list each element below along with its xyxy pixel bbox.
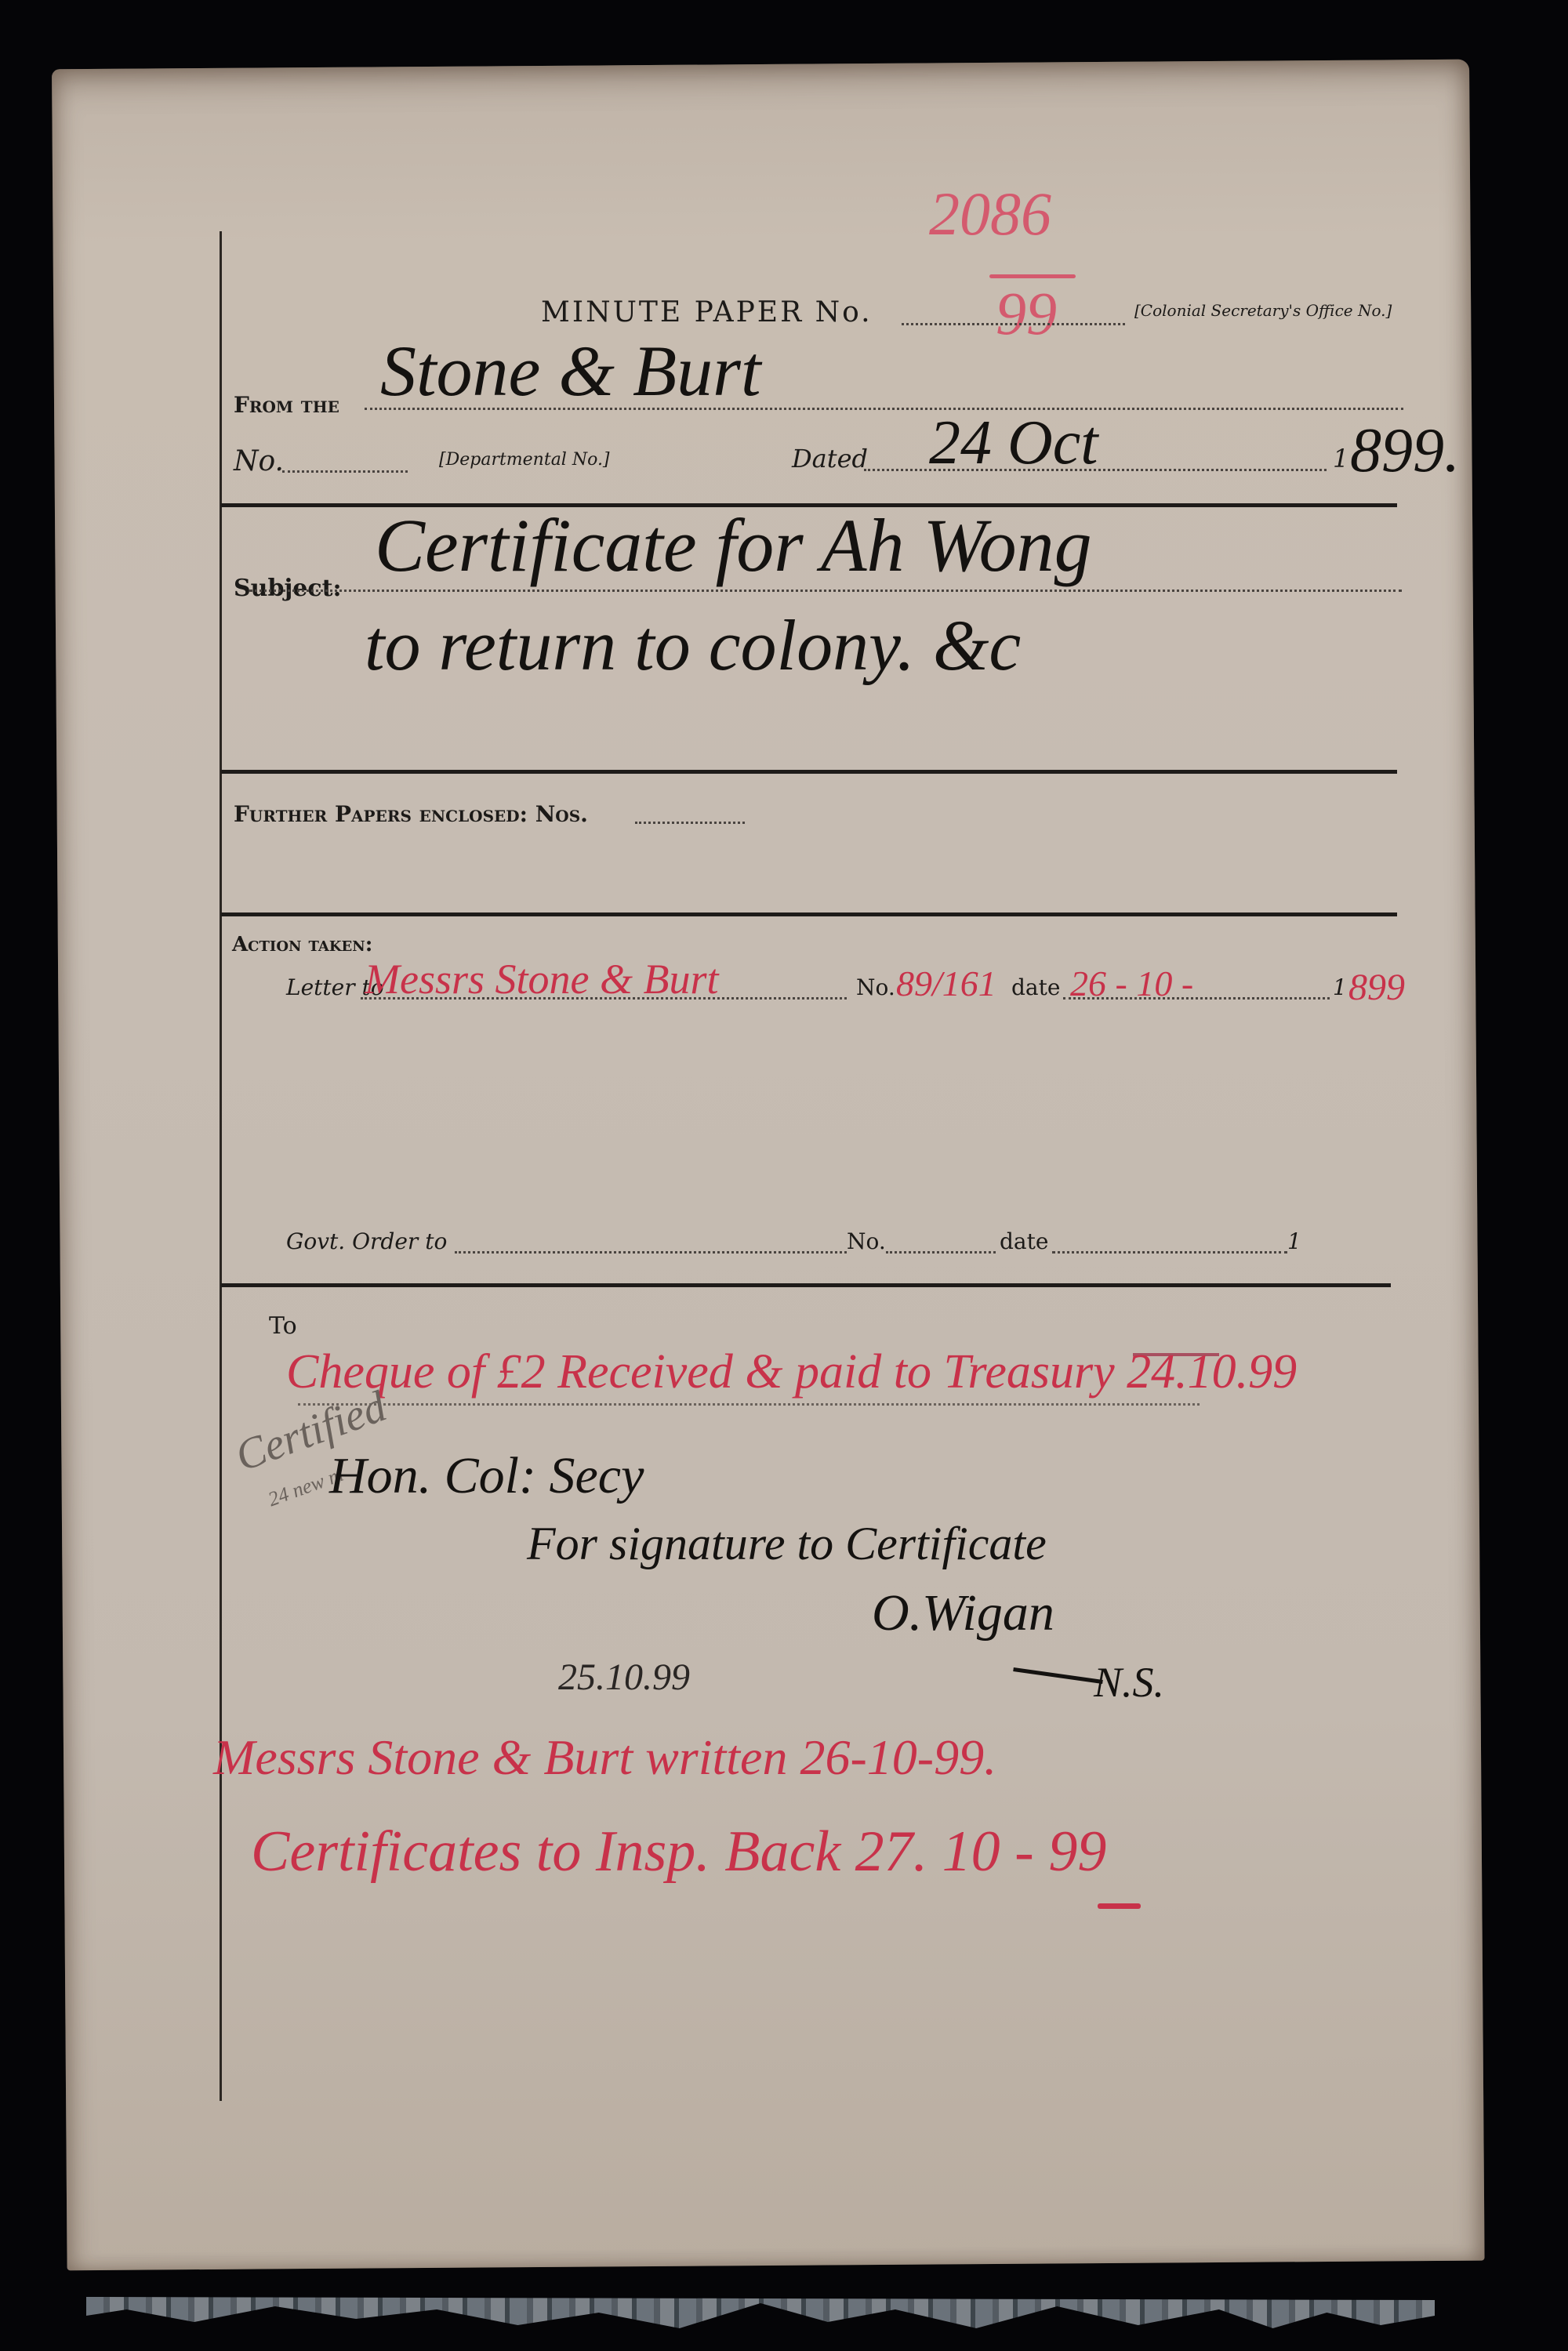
year-prefix: 1 <box>1333 444 1348 473</box>
dated-year: 899. <box>1350 415 1460 487</box>
signature-request: For signature to Certificate <box>527 1517 1047 1571</box>
from-label: From the <box>234 392 339 418</box>
letter-date-label: date <box>1011 974 1060 1000</box>
torn-bottom-edge <box>86 2297 1435 2328</box>
certificate-note: Certificates to Insp. Back 27. 10 - 99 <box>251 1819 1106 1885</box>
govt-no-field <box>886 1251 996 1254</box>
govt-order-label: Govt. Order to <box>286 1228 447 1254</box>
to-field <box>298 1403 1200 1406</box>
signature: O.Wigan <box>872 1584 1054 1643</box>
letter-no-value: 89/161 <box>896 963 996 1004</box>
no-label: No. <box>234 445 284 477</box>
dated-label: Dated <box>792 444 868 473</box>
minute-number-bottom: 99 <box>996 278 1057 349</box>
letter-no-label: No. <box>856 974 895 1000</box>
form-title: MINUTE PAPER No. <box>541 296 873 328</box>
letter-year-prefix: 1 <box>1333 974 1347 1000</box>
subject-line-1: Certificate for Ah Wong <box>375 502 1092 589</box>
document-photo: 2086 99 MINUTE PAPER No. [Colonial Secre… <box>0 0 1568 2351</box>
govt-order-field <box>455 1251 847 1254</box>
request-date: 25.10.99 <box>558 1656 690 1699</box>
section-divider-3 <box>221 912 1397 916</box>
cheque-note: Cheque of £2 Received & paid to Treasury… <box>286 1344 1297 1400</box>
subject-field <box>249 590 1402 592</box>
minute-no-field <box>902 323 1125 325</box>
govt-no-label: No. <box>847 1228 886 1254</box>
from-value: Stone & Burt <box>380 329 761 412</box>
letter-year-value: 899 <box>1348 966 1405 1009</box>
govt-year-prefix: 1 <box>1287 1228 1301 1254</box>
action-taken-label: Action taken: <box>232 933 372 956</box>
certificate-note-underline <box>1098 1903 1141 1909</box>
govt-date-field <box>1052 1251 1287 1254</box>
subject-line-2: to return to colony. &c <box>365 604 1021 687</box>
subject-label: Subject: <box>234 575 342 602</box>
minute-number-top: 2086 <box>929 179 1051 249</box>
signature-initials: N.S. <box>1094 1658 1164 1707</box>
letter-to-value: Messrs Stone & Burt <box>365 955 719 1003</box>
departmental-no-field <box>282 470 408 473</box>
govt-date-label: date <box>1000 1228 1048 1254</box>
departmental-no-label: [Departmental No.] <box>439 450 610 470</box>
section-divider-2 <box>221 770 1397 774</box>
office-no-label: [Colonial Secretary's Office No.] <box>1134 301 1392 320</box>
section-divider-4 <box>221 1283 1391 1287</box>
to-label: To <box>269 1312 297 1340</box>
written-note: Messrs Stone & Burt written 26-10-99. <box>213 1729 996 1787</box>
further-papers-field <box>635 822 745 824</box>
minute-paper-sheet <box>52 60 1485 2271</box>
left-margin-rule <box>220 231 222 2101</box>
addressee: Hon. Col: Secy <box>329 1446 644 1506</box>
dated-value: 24 Oct <box>929 408 1098 479</box>
letter-date-value: 26 - 10 - <box>1070 963 1193 1004</box>
further-papers-label: Further Papers enclosed: Nos. <box>234 801 588 827</box>
